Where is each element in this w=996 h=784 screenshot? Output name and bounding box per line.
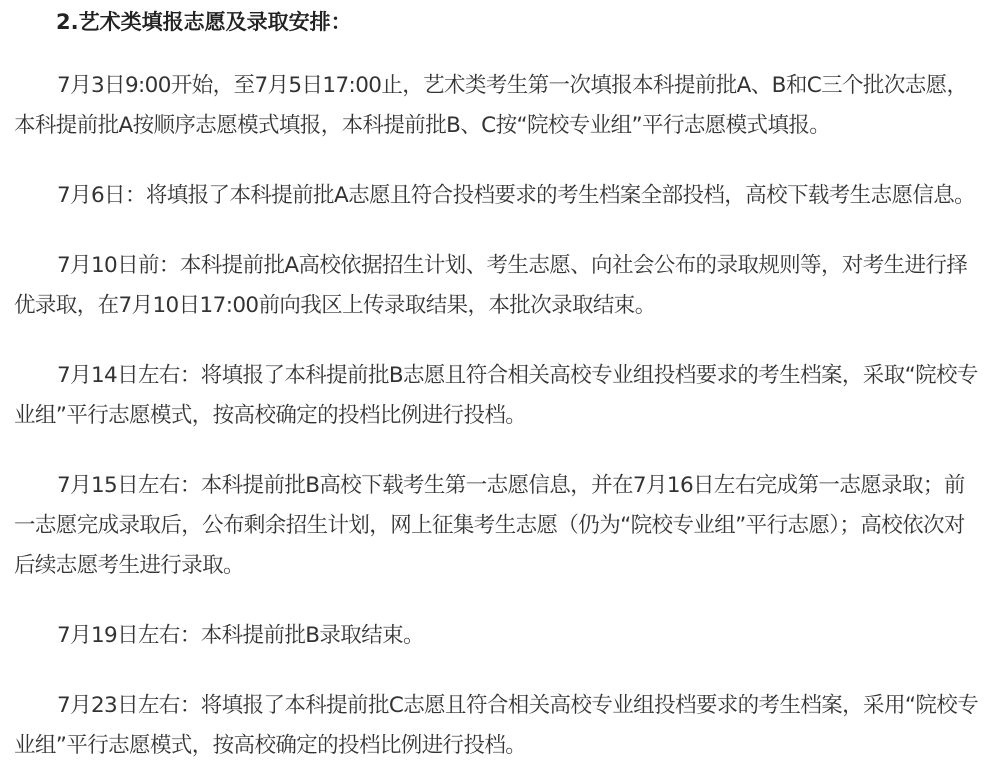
paragraph-jul19-batch-b-end: 7月19日左右：本科提前批B录取结束。 xyxy=(14,616,982,656)
paragraph-jul10-batch-a-admission: 7月10日前：本科提前批A高校依据招生计划、考生志愿、向社会公布的录取规则等，对… xyxy=(14,246,982,326)
paragraph-jul3-fill-volunteers: 7月3日9:00开始，至7月5日17:00止，艺术类考生第一次填报本科提前批A、… xyxy=(14,66,982,146)
paragraph-jul14-batch-b-submit: 7月14日左右：将填报了本科提前批B志愿且符合相关高校专业组投档要求的考生档案，… xyxy=(14,356,982,436)
section-heading: 2.艺术类填报志愿及录取安排： xyxy=(14,0,982,40)
paragraph-jul23-batch-c-submit: 7月23日左右：将填报了本科提前批C志愿且符合相关高校专业组投档要求的考生档案，… xyxy=(14,686,982,766)
paragraph-jul6-batch-a-submit: 7月6日：将填报了本科提前批A志愿且符合投档要求的考生档案全部投档，高校下载考生… xyxy=(14,176,982,216)
article-body: 2.艺术类填报志愿及录取安排： 7月3日9:00开始，至7月5日17:00止，艺… xyxy=(0,0,996,766)
paragraph-jul15-batch-b-admission: 7月15日左右：本科提前批B高校下载考生第一志愿信息，并在7月16日左右完成第一… xyxy=(14,466,982,586)
